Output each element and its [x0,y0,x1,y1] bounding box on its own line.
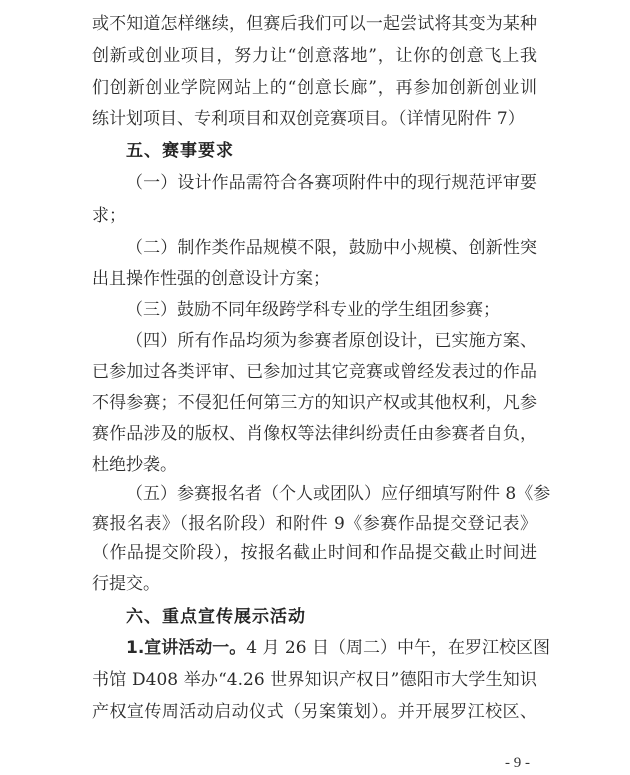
activity-1-first-line: 1.宣讲活动一。 4 月 26 日（周二）中午，在罗江校区图 [126,636,537,660]
requirement-1-line: 求； [92,204,537,228]
activity-1-text: 4 月 26 日（周二）中午，在罗江校区图 [246,636,550,660]
page-number: - 9 - [500,752,530,774]
section-heading-6: 六、重点宣传展示活动 [126,605,537,629]
requirement-2-line: （二）制作类作品规模不限，鼓励中小规模、创新性突 [126,236,537,260]
activity-1-title: 1.宣讲活动一。 [126,636,246,660]
requirement-5-line: （作品提交阶段），按报名截止时间和作品提交截止时间进 [92,541,537,565]
requirement-5-line: （五）参赛报名者（个人或团队）应仔细填写附件 8《参 [126,482,537,506]
requirement-1-line: （一）设计作品需符合各赛项附件中的现行规范评审要 [126,171,537,195]
requirement-5-line: 行提交。 [92,572,537,596]
requirement-4-line: 已参加过各类评审、已参加过其它竞赛或曾经发表过的作品 [92,360,537,384]
requirement-3-line: （三）鼓励不同年级跨学科专业的学生组团参赛； [126,298,537,322]
requirement-2-line: 出且操作性强的创意设计方案； [92,267,537,291]
paragraph-line: 们创新创业学院网站上的“创意长廊”，再参加创新创业训 [92,76,537,100]
document-page: 或不知道怎样继续，但赛后我们可以一起尝试将其变为某种 创新或创业项目，努力让“创… [0,0,630,775]
section-heading-5: 五、赛事要求 [126,139,537,163]
paragraph-line: 练计划项目、专利项目和双创竞赛项目。（详情见附件 7） [92,107,537,131]
paragraph-line: 或不知道怎样继续，但赛后我们可以一起尝试将其变为某种 [92,12,537,36]
requirement-4-line: 赛作品涉及的版权、肖像权等法律纠纷责任由参赛者自负， [92,422,537,446]
requirement-4-line: 不得参赛；不侵犯任何第三方的知识产权或其他权利，凡参 [92,391,537,415]
requirement-5-line: 赛报名表》（报名阶段）和附件 9《参赛作品提交登记表》 [92,512,537,536]
activity-1-line: 书馆 D408 举办“4.26 世界知识产权日”德阳市大学生知识 [92,668,537,692]
paragraph-line: 创新或创业项目，努力让“创意落地”，让你的创意飞上我 [92,44,537,68]
requirement-4-line: （四）所有作品均须为参赛者原创设计，已实施方案、 [126,329,537,353]
activity-1-line: 产权宣传周活动启动仪式（另案策划）。并开展罗江校区、 [92,700,537,724]
requirement-4-line: 杜绝抄袭。 [92,453,537,477]
